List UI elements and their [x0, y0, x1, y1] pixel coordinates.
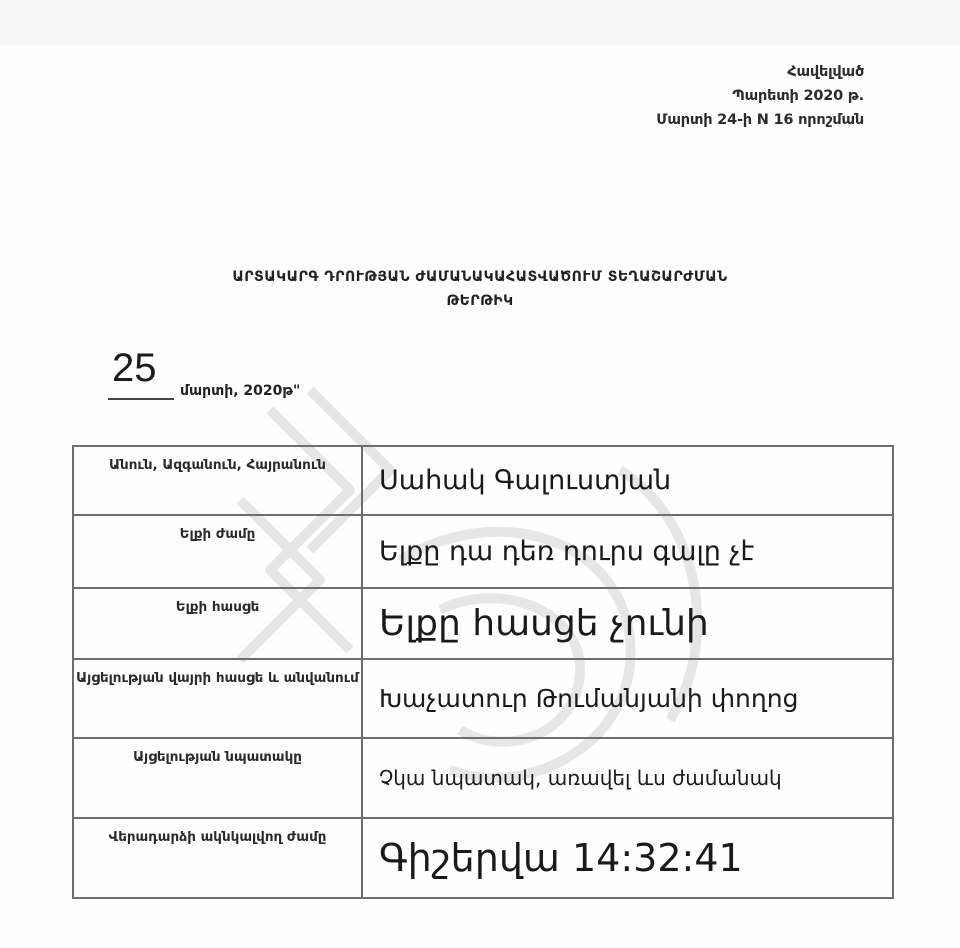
field-label-exit-address: Ելքի հասցե — [73, 588, 362, 659]
table-row: Այցելության վայրի հասցե և անվանում Խաչատ… — [73, 659, 893, 738]
table-row: Վերադարձի ակնկալվող ժամը Գիշերվա 14:32:4… — [73, 818, 893, 898]
field-label-full-name: Անուն, Ազգանուն, Հայրանուն — [73, 446, 362, 515]
date-month-year: մարտի, 2020թ" — [180, 383, 300, 399]
approval-stamp: Հավելված Պարետի 2020 թ. Մարտի 24-ի N 16 … — [656, 60, 864, 132]
field-value-exit-time: Ելքը դա դեռ դուրս գալը չէ — [362, 515, 893, 588]
field-label-visit-address: Այցելության վայրի հասցե և անվանում — [73, 659, 362, 738]
field-label-return-time: Վերադարձի ակնկալվող ժամը — [73, 818, 362, 898]
top-strip — [0, 0, 960, 45]
table-row: Անուն, Ազգանուն, Հայրանուն Սահակ Գալուստ… — [73, 446, 893, 515]
field-value-exit-address: Ելքը հասցե չունի — [362, 588, 893, 659]
table-row: Ելքի ժամը Ելքը դա դեռ դուրս գալը չէ — [73, 515, 893, 588]
field-value-visit-address: Խաչատուր Թումանյանի փողոց — [362, 659, 893, 738]
field-value-full-name: Սահակ Գալուստյան — [362, 446, 893, 515]
field-label-visit-purpose: Այցելության նպատակը — [73, 738, 362, 818]
approval-line-1: Հավելված — [656, 60, 864, 84]
date-day: 25 — [112, 346, 157, 391]
date-underline — [108, 398, 174, 400]
field-label-exit-time: Ելքի ժամը — [73, 515, 362, 588]
approval-line-2: Պարետի 2020 թ. — [656, 84, 864, 108]
title-line-1: ԱՐՏԱԿԱՐԳ ԴՐՈՒԹՅԱՆ ԺԱՄԱՆԱԿԱՀԱՏՎԱԾՈՒՄ ՏԵՂԱ… — [0, 265, 960, 289]
movement-form-table: Անուն, Ազգանուն, Հայրանուն Սահակ Գալուստ… — [72, 445, 894, 899]
field-value-visit-purpose: Չկա նպատակ, առավել ևս ժամանակ — [362, 738, 893, 818]
approval-line-3: Մարտի 24-ի N 16 որոշման — [656, 108, 864, 132]
document-title: ԱՐՏԱԿԱՐԳ ԴՐՈՒԹՅԱՆ ԺԱՄԱՆԱԿԱՀԱՏՎԱԾՈՒՄ ՏԵՂԱ… — [0, 265, 960, 313]
title-line-2: ԹԵՐԹԻԿ — [0, 289, 960, 313]
table-row: Այցելության նպատակը Չկա նպատակ, առավել և… — [73, 738, 893, 818]
table-row: Ելքի հասցե Ելքը հասցե չունի — [73, 588, 893, 659]
field-value-return-time: Գիշերվա 14:32:41 — [362, 818, 893, 898]
